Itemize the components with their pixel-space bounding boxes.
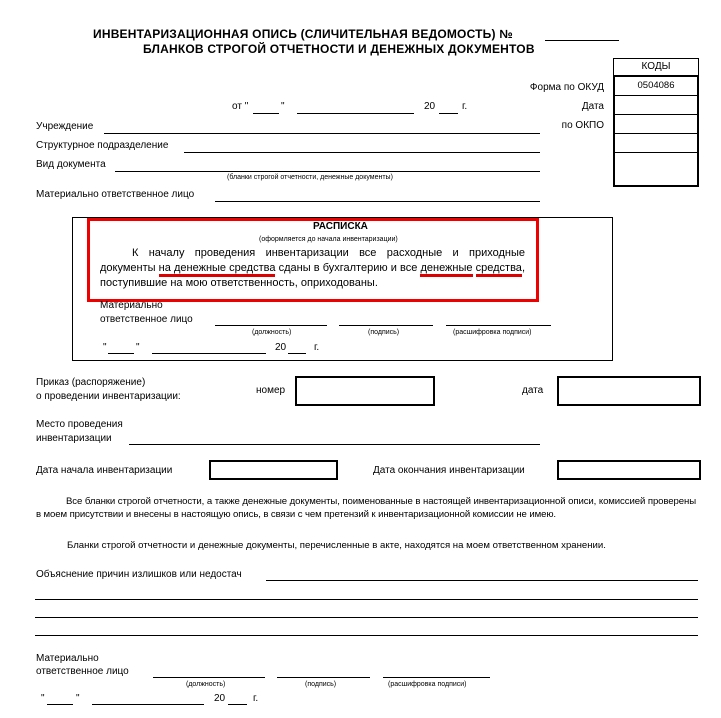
order-number-input[interactable] xyxy=(295,376,435,406)
receipt-subtitle: (оформляется до начала инвентаризации) xyxy=(259,236,398,243)
code-okpo[interactable] xyxy=(615,115,697,134)
receipt-decode-hint: (расшифровка подписи) xyxy=(453,329,532,336)
institution-field[interactable] xyxy=(104,133,540,134)
okud-label: Форма по ОКУД xyxy=(530,82,604,93)
order-date-label: дата xyxy=(522,385,543,396)
date-quote-close: " xyxy=(281,101,285,112)
date-day-field[interactable] xyxy=(253,113,279,114)
code-okud[interactable]: 0504086 xyxy=(615,77,697,96)
start-date-label: Дата начала инвентаризации xyxy=(36,465,172,476)
document-title-line2: БЛАНКОВ СТРОГОЙ ОТЧЕТНОСТИ И ДЕНЕЖНЫХ ДО… xyxy=(143,42,535,56)
statement-paragraph-2: Бланки строгой отчетности и денежные док… xyxy=(67,540,606,551)
doc-type-hint: (бланки строгой отчетности, денежные док… xyxy=(227,174,393,181)
footer-decode-hint: (расшифровка подписи) xyxy=(388,681,467,688)
start-date-input[interactable] xyxy=(209,460,338,480)
codes-header: КОДЫ xyxy=(613,58,699,75)
explanation-field-2[interactable] xyxy=(35,599,698,600)
receipt-date-quote-open: " xyxy=(103,342,107,353)
receipt-decode-field[interactable] xyxy=(446,325,551,326)
explanation-field-1[interactable] xyxy=(266,580,698,581)
footer-year-prefix: 20 xyxy=(214,693,225,704)
receipt-year-prefix: 20 xyxy=(275,342,286,353)
document-number-field[interactable] xyxy=(545,40,619,41)
date-prefix: от " xyxy=(232,101,248,112)
receipt-year-field[interactable] xyxy=(288,353,306,354)
explanation-label: Объяснение причин излишков или недостач xyxy=(36,569,242,580)
date-year-prefix: 20 xyxy=(424,101,435,112)
doc-type-label: Вид документа xyxy=(36,159,106,170)
order-label-line2: о проведении инвентаризации: xyxy=(36,391,181,402)
receipt-underlined-cash2a: денежные xyxy=(420,262,472,277)
receipt-date-month-field[interactable] xyxy=(152,353,266,354)
footer-date-quote-close: " xyxy=(76,693,80,704)
receipt-year-suffix: г. xyxy=(314,342,319,353)
receipt-date-day-field[interactable] xyxy=(108,353,134,354)
footer-year-suffix: г. xyxy=(253,693,258,704)
footer-responsible-line1: Материально xyxy=(36,653,99,664)
receipt-text-part2: сданы в бухгалтерию и все xyxy=(275,262,420,274)
document-title-line1: ИНВЕНТАРИЗАЦИОННАЯ ОПИСЬ (СЛИЧИТЕЛЬНАЯ В… xyxy=(93,27,513,41)
place-label-line1: Место проведения xyxy=(36,419,123,430)
receipt-signature-field[interactable] xyxy=(339,325,433,326)
department-field[interactable] xyxy=(184,152,540,153)
receipt-title: РАСПИСКА xyxy=(313,221,368,232)
order-date-input[interactable] xyxy=(557,376,701,406)
receipt-position-field[interactable] xyxy=(215,325,327,326)
receipt-date-quote-close: " xyxy=(136,342,140,353)
order-label-line1: Приказ (распоряжение) xyxy=(36,377,145,388)
end-date-input[interactable] xyxy=(557,460,701,480)
receipt-underlined-cash: на денежные средства xyxy=(159,262,276,277)
date-code-label: Дата xyxy=(582,101,604,112)
institution-label: Учреждение xyxy=(36,121,93,132)
footer-position-field[interactable] xyxy=(153,677,265,678)
footer-date-quote-open: " xyxy=(41,693,45,704)
footer-year-field[interactable] xyxy=(228,704,247,705)
explanation-field-4[interactable] xyxy=(35,635,698,636)
responsible-field[interactable] xyxy=(215,201,540,202)
date-year-field[interactable] xyxy=(439,113,458,114)
department-label: Структурное подразделение xyxy=(36,140,168,151)
footer-responsible-line2: ответственное лицо xyxy=(36,666,129,677)
footer-signature-hint: (подпись) xyxy=(305,681,336,688)
footer-date-day-field[interactable] xyxy=(47,704,73,705)
receipt-underlined-cash2b: средства xyxy=(476,262,522,277)
end-date-label: Дата окончания инвентаризации xyxy=(373,465,525,476)
footer-signature-field[interactable] xyxy=(277,677,370,678)
order-number-label: номер xyxy=(256,385,285,396)
receipt-responsible-line1: Материально xyxy=(100,300,163,311)
statement-paragraph-1: Все бланки строгой отчетности, а также д… xyxy=(36,495,696,521)
explanation-field-3[interactable] xyxy=(35,617,698,618)
date-year-suffix: г. xyxy=(462,101,467,112)
footer-date-month-field[interactable] xyxy=(92,704,204,705)
place-label-line2: инвентаризации xyxy=(36,433,112,444)
code-row-4[interactable] xyxy=(615,134,697,153)
code-date[interactable] xyxy=(615,96,697,115)
receipt-signature-hint: (подпись) xyxy=(368,329,399,336)
doc-type-field[interactable] xyxy=(115,171,540,172)
footer-decode-field[interactable] xyxy=(383,677,490,678)
receipt-responsible-line2: ответственное лицо xyxy=(100,314,193,325)
code-row-5[interactable] xyxy=(615,153,697,185)
responsible-label: Материально ответственное лицо xyxy=(36,189,194,200)
codes-table: КОДЫ 0504086 xyxy=(613,58,699,187)
okpo-label: по ОКПО xyxy=(562,120,604,131)
receipt-text: К началу проведения инвентаризации все р… xyxy=(100,246,525,291)
receipt-position-hint: (должность) xyxy=(252,329,291,336)
date-month-field[interactable] xyxy=(297,113,414,114)
footer-position-hint: (должность) xyxy=(186,681,225,688)
place-field[interactable] xyxy=(129,444,540,445)
